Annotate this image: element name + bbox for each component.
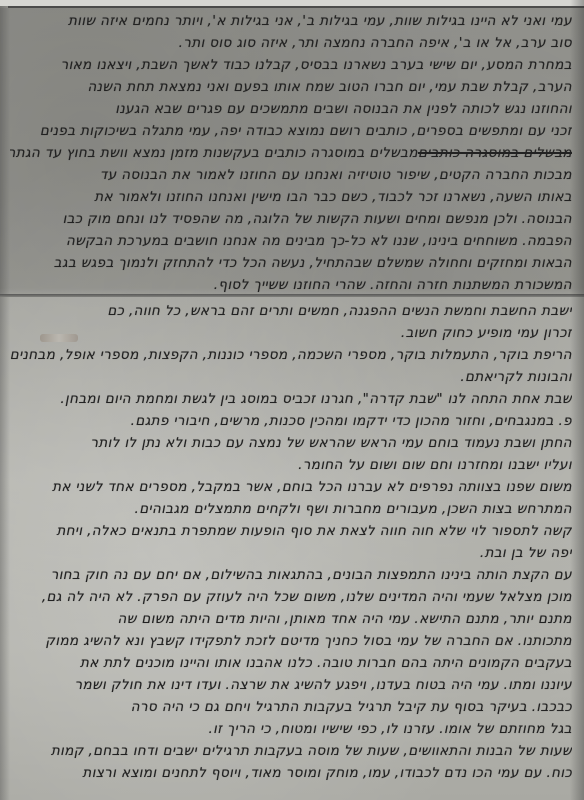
- handwritten-line: שבת אחת התחה לנו "שבת קדרה", חגרנו זכביס…: [10, 388, 572, 410]
- handwritten-line: יפה של בן ובת.: [10, 542, 572, 564]
- handwritten-line: הפבמה. משוחחים בינינו, שננו לא כל-כך מבי…: [10, 230, 572, 252]
- handwritten-line: במחרת המסע, יום שישי בערב נשארנו בבסיס, …: [10, 54, 572, 76]
- handwritten-line: משום שפנו בצוותה נפרפים לא עברנו הכל בוח…: [10, 476, 572, 498]
- handwritten-line: והחוזנו נגש לכותה לפנין את הבנוסה ושבים …: [10, 98, 572, 120]
- handwritten-line: הריפת בוקר, התעמלות בוקר, מספרי השכמה, מ…: [10, 344, 572, 366]
- handwritten-line: מבכות החברה הקטים, שיפור טוטיזיה ואנחנו …: [10, 164, 572, 186]
- handwritten-line: המשכורת המשתנות חזרה והחזה. שהרי החוזנו …: [10, 274, 572, 296]
- handwritten-line: מוכן מצלאל שעמי והיה המדינים שלנו, משום …: [10, 586, 572, 608]
- handwritten-line: המתרחש בצות השכן, מעבורים מחברות ושף ולק…: [10, 498, 572, 520]
- handwritten-line: עמי ואני לא היינו בגילות שוות, עמי בגילו…: [10, 10, 572, 32]
- handwritten-line: כבכבו. בעיקר בסוף עת קיבל תרגיל בעקבות ה…: [10, 696, 572, 718]
- handwritten-line: בעקבים הקמונים היתה בהם חברות טובה. כלנו…: [10, 652, 572, 674]
- handwritten-line: החתן ושבת נעמוד בוחם עמי הראש שהראש של נ…: [10, 432, 572, 454]
- handwritten-line: מבשלים במוסגרה כותבים בעקשנות מזמן נמצא …: [10, 145, 418, 161]
- handwritten-line-with-strikethrough: מבשלים במוסגרה כותביםמבשלים במוסגרה כותב…: [10, 142, 572, 164]
- scanned-letter-page: עמי ואני לא היינו בגילות שוות, עמי בגילו…: [0, 0, 584, 800]
- handwritten-line: כוח. עם עמי הכו נדם לכבודו, עמו, מוחק ומ…: [10, 762, 572, 784]
- handwritten-line: והבונות לקריאתם.: [10, 366, 572, 388]
- handwritten-line: הערב, קבלת שבת עמי, יום חברו הטוב שמח או…: [10, 76, 572, 98]
- handwritten-line: עיוננו ומתו. עמי היה בטוח בעדנו, ויפגע ל…: [10, 674, 572, 696]
- handwritten-line: שעות של הבנות והתאוושים, שעות של מוסה בע…: [10, 740, 572, 762]
- handwritten-line: הבאות ומחזקים וחחולה שמשלם שבהתחיל, נעשה…: [10, 252, 572, 274]
- handwritten-line: ישבת החשבת וחמשת הנשים ההפגנה, חמשים ותר…: [10, 300, 572, 322]
- handwritten-line: זכרון עמי מופיע כחוק חשוב.: [10, 322, 572, 344]
- handwritten-line: באותו השעה, נשארנו זכר לכבוד, כשם כבר הב…: [10, 186, 572, 208]
- struck-out-text: מבשלים במוסגרה כותבים: [418, 145, 572, 161]
- handwritten-line: זכני עם ומתפשים בספרים, כותבים רושם נמוצ…: [10, 120, 572, 142]
- handwritten-line: הבנוסה. ולכן מנפשם ומחים ושעות הקשות של …: [10, 208, 572, 230]
- handwritten-line: מתנם יותר, מתנם התישא. עמי היה אחד מאותן…: [10, 608, 572, 630]
- handwritten-line: מתכותנו. אם החברה של עמי בסול כחניך מדיט…: [10, 630, 572, 652]
- handwritten-line: עם הקצת הותה בינינו התמפצות הבונים, בהתג…: [10, 564, 572, 586]
- handwritten-line: פ. במנגבחים, וחזור מהכון כדי ידקמו ומהכי…: [10, 410, 572, 432]
- handwritten-line: קשה לתספור לוי שלא חוה חווה לצאת את סוף …: [10, 520, 572, 542]
- letter-section-top: עמי ואני לא היינו בגילות שוות, עמי בגילו…: [10, 10, 572, 296]
- handwritten-line: סוב ערב, אל או ב', איפה החברה נחמצה ותר,…: [10, 32, 572, 54]
- letter-section-bottom: ישבת החשבת וחמשת הנשים ההפגנה, חמשים ותר…: [10, 300, 572, 784]
- handwritten-line: בגל מחוזתם של אומו. עזרנו לו, כפי שישיו …: [10, 718, 572, 740]
- handwritten-line: ועליו ישבנו ומחזרנו וחם שום ושום על החומ…: [10, 454, 572, 476]
